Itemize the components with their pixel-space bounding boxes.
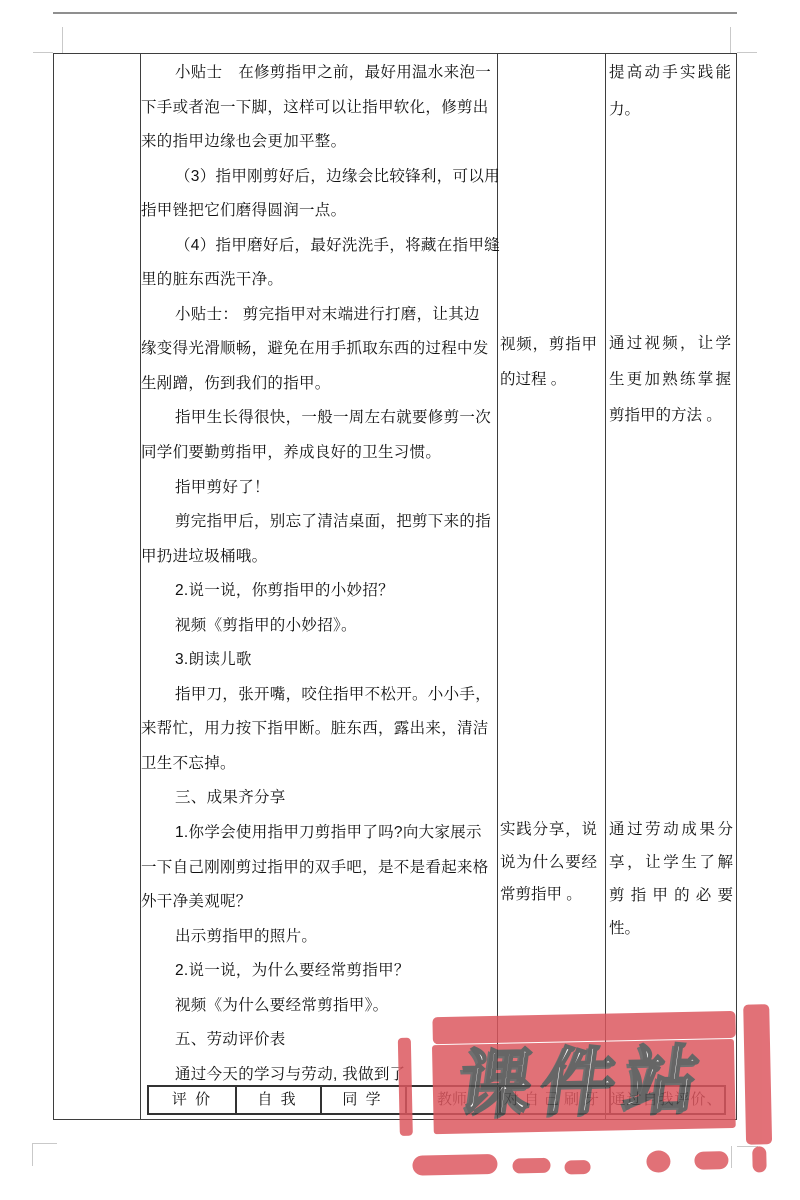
- stamp-splatter-5: [694, 1151, 728, 1170]
- text-line: 剪完指甲后，别忘了清洁桌面，把剪下来的指: [141, 505, 493, 540]
- text-line: （3）指甲刚剪好后，边缘会比较锋利，可以用: [141, 160, 493, 195]
- eval-cell-pingjia: 评 价: [149, 1087, 235, 1113]
- text-line: 指甲刀，张开嘴，咬住指甲不松开。小小手，: [141, 678, 493, 713]
- note-line: 享，让学生了解: [609, 846, 733, 879]
- text-line: 卫生不忘掉。: [141, 747, 493, 782]
- text-line: 视频《剪指甲的小妙招》。: [141, 609, 493, 644]
- note-line: 剪指甲的必要: [609, 879, 733, 912]
- text-line: 一下自己刚刚剪过指甲的双手吧，是不是看起来格: [141, 851, 493, 886]
- teaching-process-text: 小贴士 在修剪指甲之前，最好用温水来泡一下手或者泡一下脚，这样可以让指甲软化，修…: [141, 56, 493, 1094]
- text-line: 3.朗读儿歌: [141, 643, 493, 678]
- stamp-splatter-6: [752, 1146, 767, 1172]
- note-video-process: 视频，剪指甲的过程 。: [500, 327, 597, 397]
- text-line: 三、成果齐分享: [141, 781, 493, 816]
- text-line: 出示剪指甲的照片。: [141, 920, 493, 955]
- text-line: 1.你学会使用指甲刀剪指甲了吗?向大家展示: [141, 816, 493, 851]
- note-share-purpose: 通过劳动成果分享，让学生了解剪指甲的必要性。: [609, 813, 733, 945]
- text-line: 指甲生长得很快，一般一周左右就要修剪一次: [141, 401, 493, 436]
- stamp-splatter-3: [564, 1160, 590, 1175]
- margin-mark-top-left-h: [33, 52, 53, 53]
- text-line: 指甲锉把它们磨得圆润一点。: [141, 194, 493, 229]
- note-line: 通过劳动成果分: [609, 813, 733, 846]
- stamp-frame-right: [743, 1004, 772, 1145]
- text-line: 外干净美观呢？: [141, 885, 493, 920]
- text-line: 缘变得光滑顺畅，避免在用手抓取东西的过程中发: [141, 332, 493, 367]
- text-line: 小贴士： 剪完指甲对末端进行打磨，让其边: [141, 298, 493, 333]
- note-line: 力。: [609, 91, 731, 128]
- note-line: 视频，剪指甲: [500, 327, 597, 362]
- table-column-divider-3: [605, 54, 607, 1119]
- text-line: 2.说一说，为什么要经常剪指甲？: [141, 954, 493, 989]
- eval-cell-ziwo: 自 我: [235, 1087, 320, 1113]
- stamp-text: 课件站: [427, 1035, 742, 1134]
- note-line: 的过程 。: [500, 362, 597, 397]
- note-line: 生更加熟练掌握: [609, 362, 731, 398]
- stamp-splatter-4: [646, 1150, 670, 1172]
- stamp-frame-left: [398, 1038, 413, 1136]
- note-line: 常剪指甲 。: [500, 879, 597, 912]
- text-line: 来帮忙，用力按下指甲断。脏东西，露出来，清洁: [141, 712, 493, 747]
- text-line: 生剐蹭，伤到我们的指甲。: [141, 367, 493, 402]
- text-line: 小贴士 在修剪指甲之前，最好用温水来泡一: [141, 56, 493, 91]
- text-line: 里的脏东西洗干净。: [141, 263, 493, 298]
- note-line: 提高动手实践能: [609, 54, 731, 91]
- note-line: 剪指甲的方法 。: [609, 398, 731, 434]
- text-line: 下手或者泡一下脚，这样可以让指甲软化，修剪出: [141, 91, 493, 126]
- stamp-splatter-2: [512, 1158, 550, 1174]
- note-line: 通过视频，让学: [609, 326, 731, 362]
- text-line: 来的指甲边缘也会更加平整。: [141, 125, 493, 160]
- note-line: 实践分享，说: [500, 814, 597, 847]
- page-top-rule: [53, 12, 737, 14]
- note-improve-ability: 提高动手实践能力。: [609, 54, 731, 128]
- note-practice-share: 实践分享，说说为什么要经常剪指甲 。: [500, 814, 597, 912]
- text-line: 甲扔进垃圾桶哦。: [141, 540, 493, 575]
- courseware-stamp: 课件站: [391, 1000, 783, 1186]
- note-video-purpose: 通过视频，让学生更加熟练掌握剪指甲的方法 。: [609, 326, 731, 434]
- note-line: 说为什么要经: [500, 847, 597, 880]
- margin-mark-bottom-left-h: [32, 1143, 57, 1144]
- note-line: 性。: [609, 912, 733, 945]
- margin-mark-top-right-h: [737, 52, 757, 53]
- text-line: （4）指甲磨好后，最好洗洗手，将藏在指甲缝: [141, 229, 493, 264]
- text-line: 指甲剪好了！: [141, 471, 493, 506]
- text-line: 同学们要勤剪指甲，养成良好的卫生习惯。: [141, 436, 493, 471]
- text-line: 2.说一说，你剪指甲的小妙招？: [141, 574, 493, 609]
- stamp-splatter-1: [412, 1154, 497, 1176]
- margin-mark-bottom-left-v: [32, 1143, 33, 1166]
- margin-mark-top-right-v: [730, 27, 731, 53]
- document-page: 小贴士 在修剪指甲之前，最好用温水来泡一下手或者泡一下脚，这样可以让指甲软化，修…: [0, 0, 800, 1200]
- table-column-divider-2: [497, 54, 499, 1119]
- margin-mark-top-left-v: [62, 27, 63, 53]
